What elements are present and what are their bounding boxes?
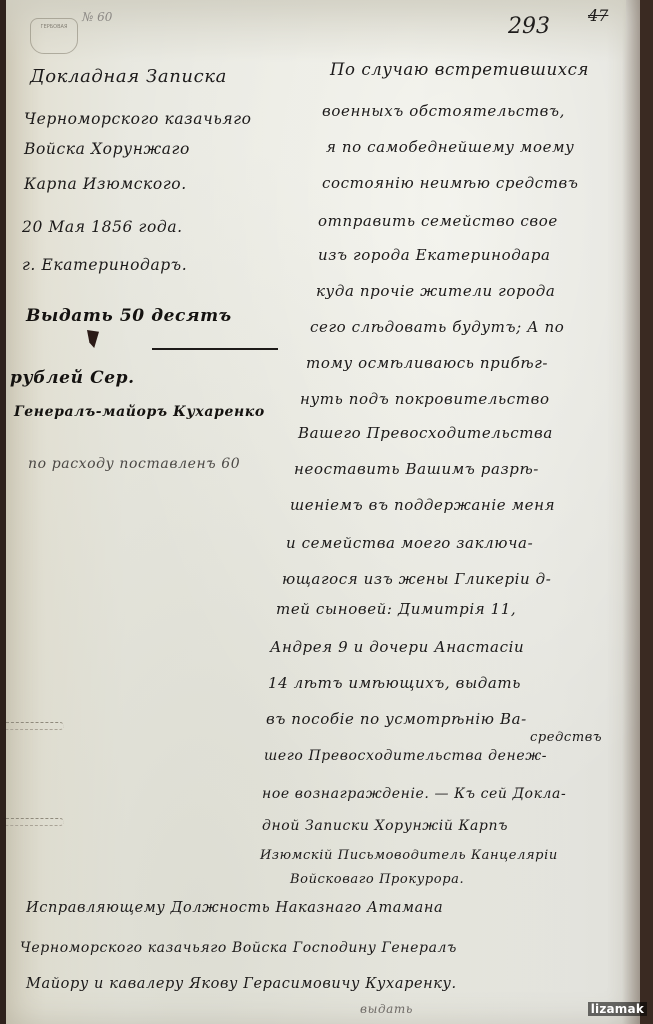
address-line: Майору и кавалеру Якову Герасимовичу Кух… (26, 976, 457, 992)
watermark-label: lizamak (588, 1002, 647, 1016)
body-line: тому осмѣливаюсь прибѣг- (306, 354, 548, 372)
folio-number-crossed: 47 (588, 6, 608, 25)
body-line: куда прочіе жители города (316, 282, 555, 300)
place-line: г. Екатеринодаръ. (22, 256, 187, 274)
heading-line: Войска Хорунжаго (24, 140, 190, 158)
body-line: дной Записки Хорунжій Карпъ (262, 818, 508, 834)
body-line: отправить семейство свое (318, 212, 558, 230)
address-line: Исправляющему Должность Наказнаго Атаман… (26, 900, 443, 916)
body-line: и семейства моего заключа- (286, 534, 533, 552)
body-line: Изюмскій Письмоводитель Канцеляріи (260, 848, 558, 863)
document-photo: ГЕРБОВАЯ № 60 293 47 Докладная Записка Ч… (0, 0, 653, 1024)
date-line: 20 Мая 1856 года. (22, 218, 183, 236)
body-line: По случаю встретившихся (330, 60, 589, 79)
body-line: ное вознагражденіе. — Къ сей Докла- (262, 786, 566, 802)
interlinear-insert: средствъ (530, 730, 602, 745)
binding-stitch (6, 818, 64, 826)
body-line: военныхъ обстоятельствъ, (322, 102, 565, 120)
folio-number: 293 (508, 14, 550, 39)
heading-line: Докладная Записка (30, 66, 227, 87)
heading-line: Карпа Изюмского. (24, 175, 187, 193)
body-line: ющагося изъ жены Гликеріи д- (282, 570, 551, 588)
resolution-underline (152, 348, 278, 350)
binding-stitch (6, 722, 64, 730)
body-line: шеніемъ въ поддержаніе меня (290, 496, 555, 514)
body-line: Войсковаго Прокурора. (290, 872, 464, 887)
body-line: тей сыновей: Димитрія 11, (276, 600, 516, 618)
body-line: я по самобеднейшему моему (326, 138, 574, 156)
body-line: въ пособіе по усмотрѣнію Ва- (266, 710, 527, 728)
body-line: изъ города Екатеринодара (318, 246, 551, 264)
body-line: нуть подъ покровительство (300, 390, 550, 408)
body-line: шего Превосходительства денеж- (264, 748, 547, 764)
revenue-stamp-icon: ГЕРБОВАЯ (30, 18, 78, 54)
accounting-note: по расходу поставленъ 60 (28, 456, 240, 472)
body-line: сего слѣдовать будутъ; А по (310, 318, 564, 336)
address-line: Черноморского казачьяго Войска Господину… (20, 940, 457, 956)
stamp-text: ГЕРБОВАЯ (41, 24, 68, 30)
body-line: Вашего Превосходительства (298, 424, 553, 442)
archive-number: № 60 (82, 10, 112, 24)
bottom-note: выдать (360, 1002, 413, 1016)
body-line: Андрея 9 и дочери Анастасіи (270, 638, 524, 656)
resolution-line: рублей Сер. (10, 368, 135, 388)
resolution-signature: Генералъ-майоръ Кухаренко (14, 404, 265, 420)
resolution-line: Выдать 50 десятъ (26, 306, 232, 326)
body-line: состоянію неимѣю средствъ (322, 174, 578, 192)
heading-line: Черноморского казачьяго (24, 110, 252, 128)
body-line: 14 лѣтъ имѣющихъ, выдать (268, 674, 521, 692)
body-line: неоставить Вашимъ разрѣ- (294, 460, 539, 478)
